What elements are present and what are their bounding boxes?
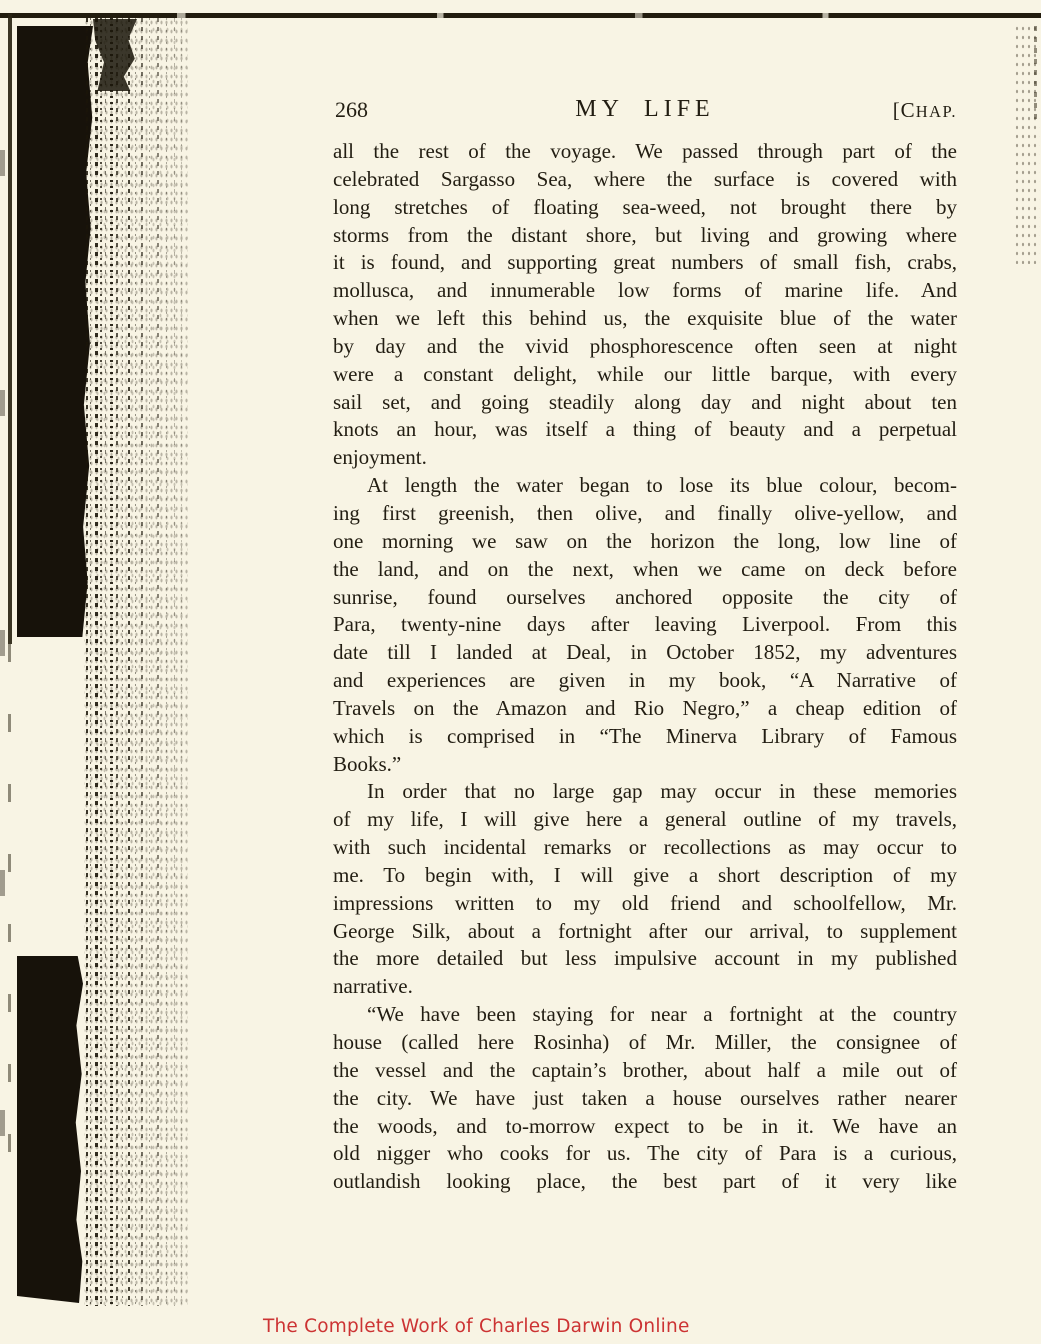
paragraph: At length the water began to lose its bl… (333, 472, 957, 778)
scan-streak-line (122, 18, 123, 1306)
scan-streak-line (149, 18, 150, 1306)
scan-streak-line (141, 18, 143, 1306)
text-line: storms from the distant shore, but livin… (333, 222, 957, 250)
paragraph: In order that no large gap may occur in … (333, 778, 957, 1001)
text-line: were a constant delight, while our littl… (333, 361, 957, 389)
scan-edge-rule-left (8, 14, 12, 644)
scan-streak-line (181, 18, 182, 1306)
scan-streak-line (105, 18, 106, 1306)
scan-edge-rule-left-dashes (8, 644, 11, 1204)
text-line: and experiences are given in my book, “A… (333, 667, 957, 695)
chapter-marker-smallcaps: HAP. (916, 102, 957, 121)
text-line: the city. We have just taken a house our… (333, 1085, 957, 1113)
scan-streak-line (166, 18, 167, 1306)
scan-binding-shadow-lower (17, 956, 83, 1303)
scan-left-margin-marks (0, 150, 5, 1150)
chapter-marker: [CHAP. (893, 98, 957, 123)
text-line: with such incidental remarks or recollec… (333, 834, 957, 862)
text-line: long stretches of floating sea-weed, not… (333, 194, 957, 222)
text-line: the vessel and the captain’s brother, ab… (333, 1057, 957, 1085)
scan-binding-shadow-upper (17, 26, 93, 637)
watermark-text: The Complete Work of Charles Darwin Onli… (263, 1316, 690, 1337)
running-head: 268 MY LIFE [CHAP. (333, 97, 957, 127)
scan-streak-line (95, 18, 98, 1306)
scan-streak-line (116, 18, 118, 1306)
text-line: impressions written to my old friend and… (333, 890, 957, 918)
paragraph: all the rest of the voyage. We passed th… (333, 138, 957, 472)
text-line: Para, twenty-nine days after leaving Liv… (333, 611, 957, 639)
text-line: sunrise, found ourselves anchored opposi… (333, 584, 957, 612)
text-line: the more detailed but less impulsive acc… (333, 945, 957, 973)
text-line: when we left this behind us, the exquisi… (333, 305, 957, 333)
book-title: MY LIFE (333, 96, 957, 123)
text-line: narrative. (333, 973, 957, 1001)
scan-streak-line (86, 18, 88, 1306)
scan-streak-line (135, 18, 136, 1306)
text-line: celebrated Sargasso Sea, where the surfa… (333, 166, 957, 194)
scan-streak-top-right (1034, 26, 1037, 121)
scan-streak-line (128, 18, 130, 1306)
text-line: by day and the vivid phosphorescence oft… (333, 333, 957, 361)
text-line: old nigger who cooks for us. The city of… (333, 1140, 957, 1168)
text-line: enjoyment. (333, 444, 957, 472)
text-line: At length the water began to lose its bl… (333, 472, 957, 500)
text-line: date till I landed at Deal, in October 1… (333, 639, 957, 667)
text-line: Books.” (333, 751, 957, 779)
text-line: mollusca, and innumerable low forms of m… (333, 277, 957, 305)
scan-streak-line (174, 18, 175, 1306)
text-line: the land, and on the next, when we came … (333, 556, 957, 584)
scan-streak-line (100, 18, 102, 1306)
text-line: George Silk, about a fortnight after our… (333, 918, 957, 946)
text-line: one morning we saw on the horizon the lo… (333, 528, 957, 556)
paragraph: “We have been staying for near a fortnig… (333, 1001, 957, 1196)
text-line: outlandish looking place, the best part … (333, 1168, 957, 1196)
text-line: house (called here Rosinha) of Mr. Mille… (333, 1029, 957, 1057)
scan-streak-line (110, 18, 113, 1306)
chapter-marker-prefix: [C (893, 98, 916, 122)
text-line: the woods, and to-morrow expect to be in… (333, 1113, 957, 1141)
text-line: ing first greenish, then olive, and fina… (333, 500, 957, 528)
text-line: “We have been staying for near a fortnig… (333, 1001, 957, 1029)
text-line: of my life, I will give here a general o… (333, 806, 957, 834)
scan-streak-line (157, 18, 159, 1306)
page-text-block: all the rest of the voyage. We passed th… (333, 138, 957, 1196)
text-line: sail set, and going steadily along day a… (333, 389, 957, 417)
text-line: knots an hour, was itself a thing of bea… (333, 416, 957, 444)
text-line: it is found, and supporting great number… (333, 249, 957, 277)
text-line: Travels on the Amazon and Rio Negro,” a … (333, 695, 957, 723)
text-line: all the rest of the voyage. We passed th… (333, 138, 957, 166)
text-line: In order that no large gap may occur in … (333, 778, 957, 806)
text-line: which is comprised in “The Minerva Libra… (333, 723, 957, 751)
scan-streak-line (90, 18, 91, 1306)
text-line: me. To begin with, I will give a short d… (333, 862, 957, 890)
